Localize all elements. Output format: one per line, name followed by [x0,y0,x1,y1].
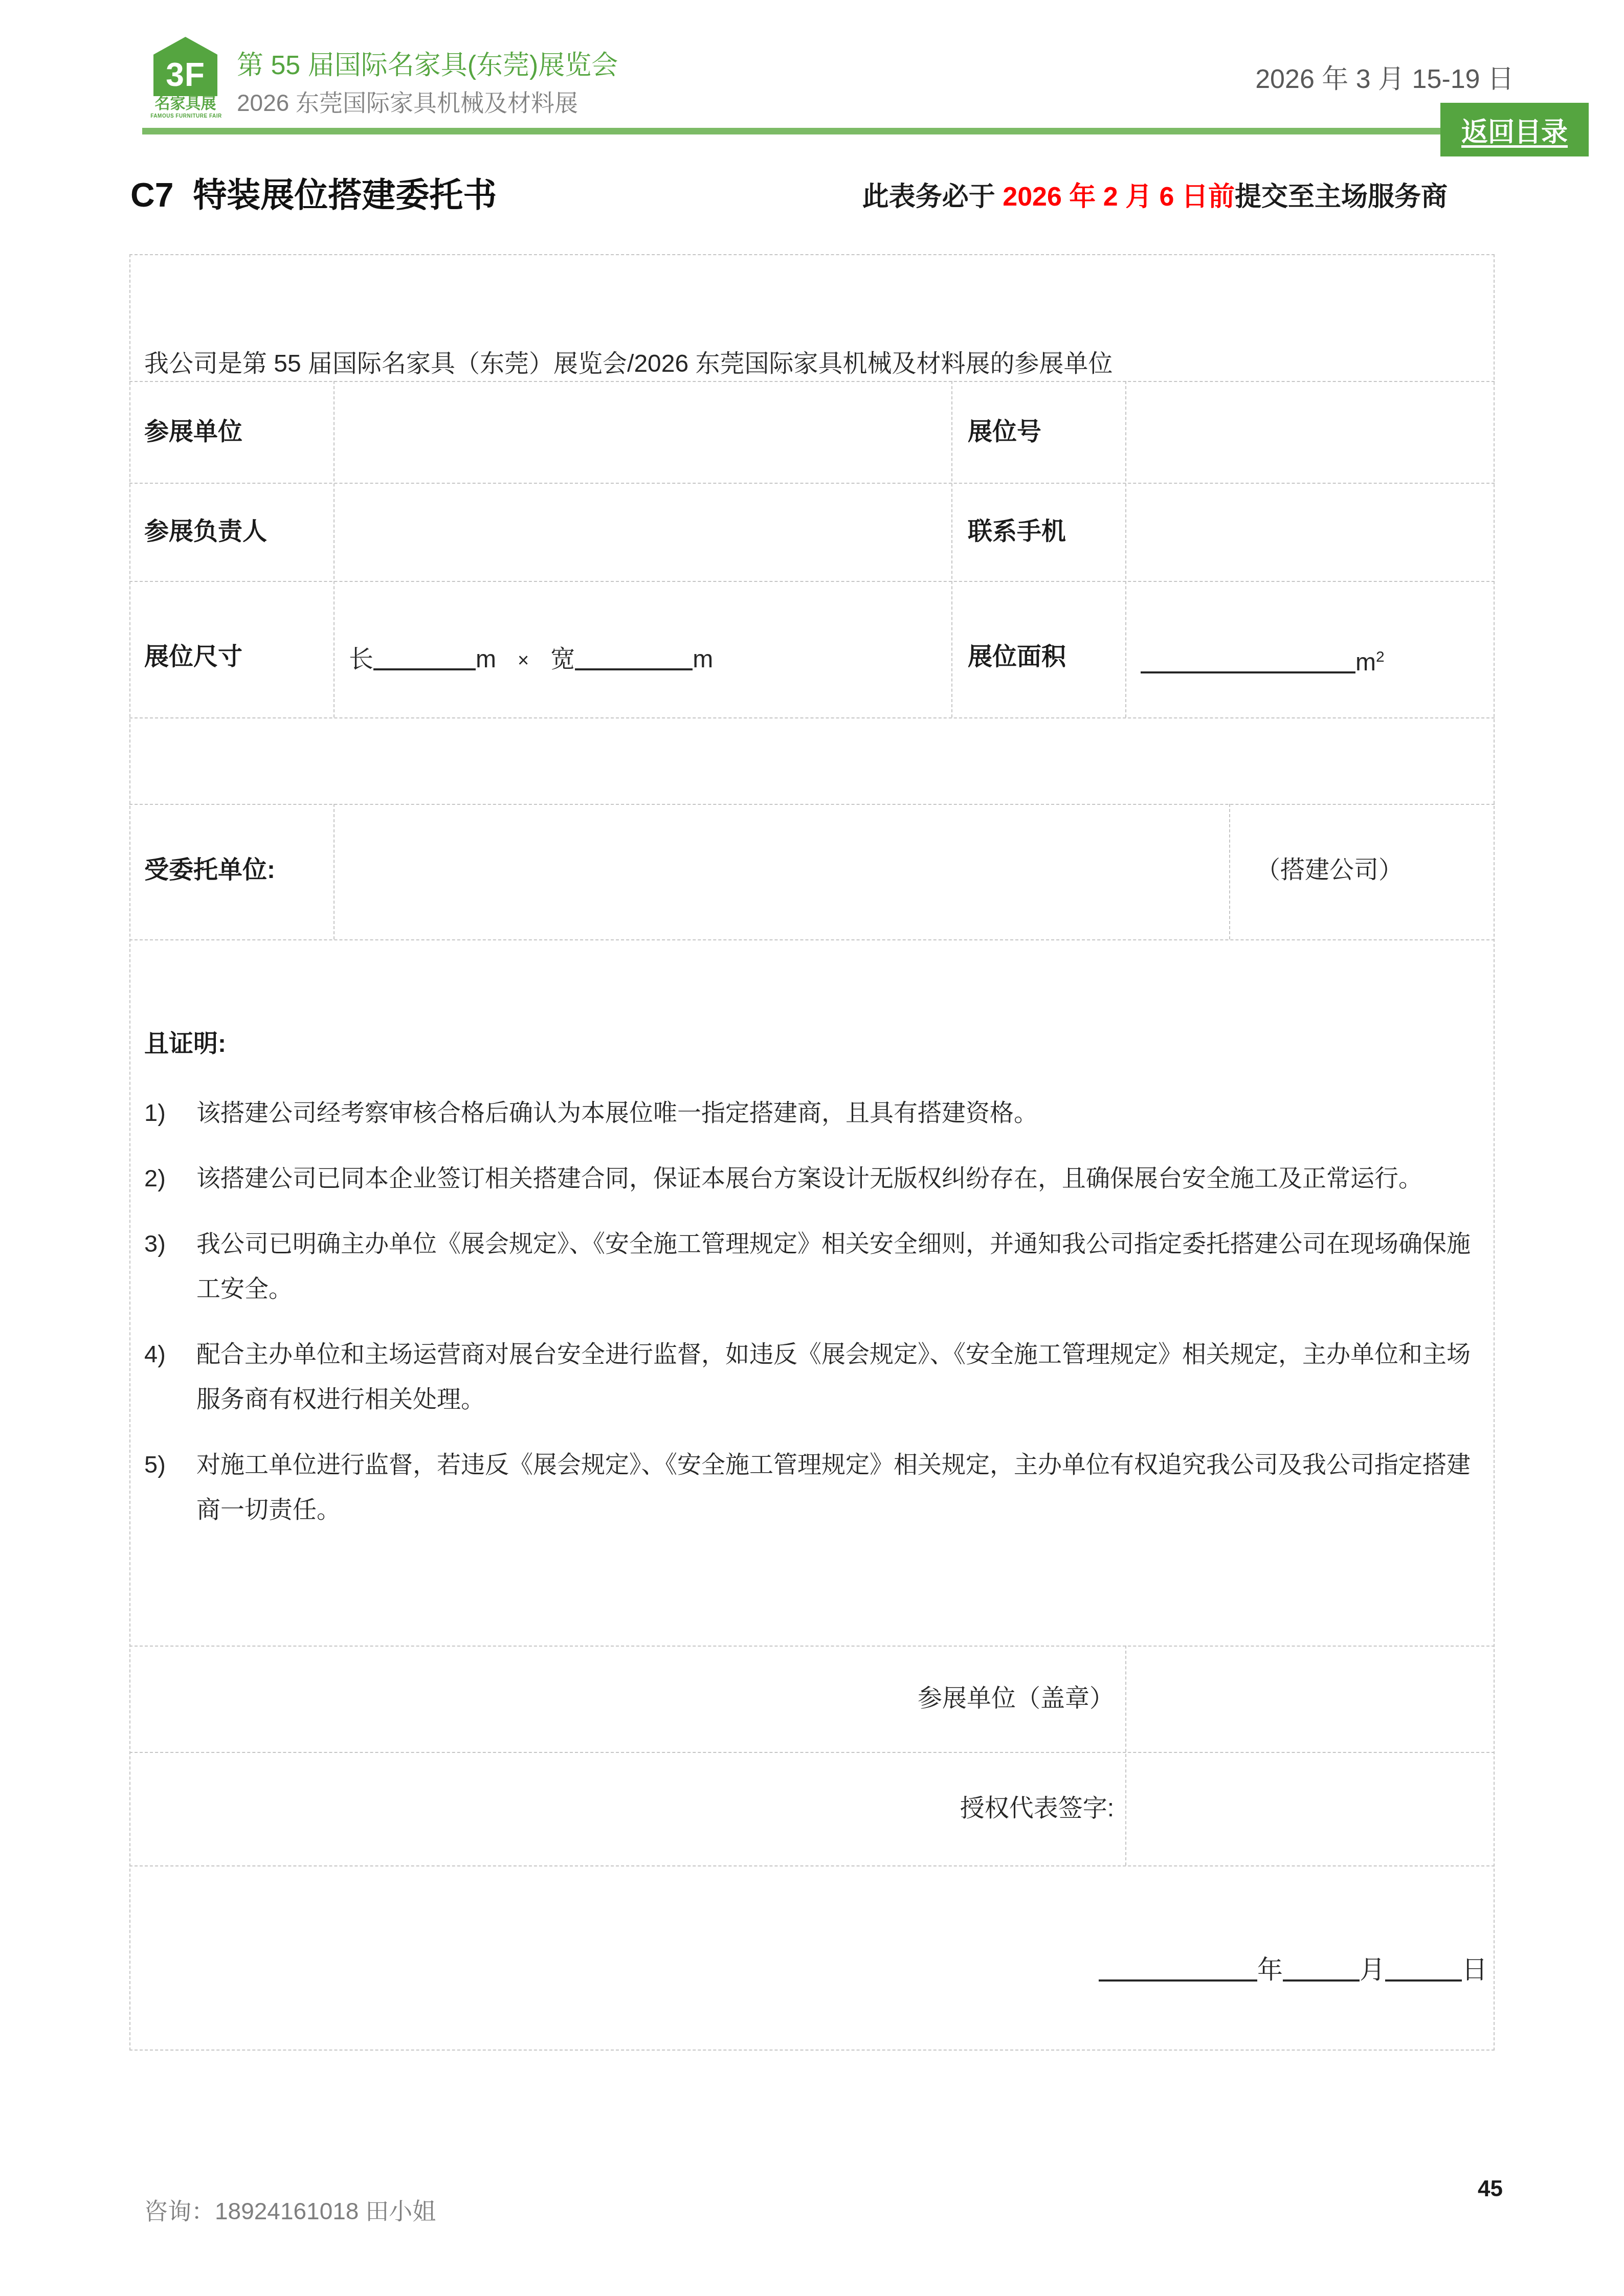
entrusted-company-note: （搭建公司） [1256,855,1403,886]
statement-item-number: 5) [144,1442,196,1532]
length-prefix: 长 [349,646,373,673]
deadline-date: 2026 年 2 月 6 日前 [1003,182,1235,212]
statement-item-text: 该搭建公司已同本企业签订相关搭建合同，保证本展台方案设计无版权纠纷存在，且确保展… [196,1156,1489,1201]
grid-hline [129,717,1495,718]
statement-item-number: 1) [144,1090,196,1135]
statement-item-number: 2) [144,1156,196,1201]
statement-list: 1) 该搭建公司经考察审核合格后确认为本展位唯一指定搭建商，且具有搭建资格。 2… [144,1090,1489,1532]
statement-item: 1) 该搭建公司经考察审核合格后确认为本展位唯一指定搭建商，且具有搭建资格。 [144,1090,1489,1135]
month-fill-slot[interactable] [1283,1955,1360,1982]
document-page: 3F 名家具展 FAMOUS FURNITURE FAIR 第 55 届国际名家… [0,0,1624,2296]
entrusted-company-label: 受委托单位: [144,855,275,886]
width-prefix: 宽 [550,646,575,673]
booth-area-label: 展位面积 [968,642,1066,672]
date-fill-line: 年月日 [1099,1949,1487,1986]
fair-logo: 3F [153,37,217,96]
grid-hline [129,939,1495,940]
width-unit: m [693,646,713,673]
grid-vline [1125,381,1126,717]
statement-item-text: 该搭建公司经考察审核合格后确认为本展位唯一指定搭建商，且具有搭建资格。 [196,1090,1489,1135]
intro-sentence: 我公司是第 55 届国际名家具（东莞）展览会/2026 东莞国际家具机械及材料展… [144,344,1113,379]
footer-contact: 咨询：18924161018 田小姐 [144,2193,436,2226]
booth-no-label: 展位号 [968,417,1041,447]
header-divider-rule [142,128,1443,134]
grid-hline [129,1646,1495,1647]
form-title-text: 特装展位搭建委托书 [193,176,497,214]
statement-item-number: 3) [144,1221,196,1311]
logo-name: 名家具展 [151,95,219,112]
deadline-notice: 此表务必于 2026 年 2 月 6 日前提交至主场服务商 [862,175,1448,213]
statement-item-text: 配合主办单位和主场运营商对展台安全进行监督，如违反《展会规定》、《安全施工管理规… [196,1332,1489,1422]
area-unit: m [1355,649,1376,676]
area-superscript: 2 [1376,648,1385,665]
day-fill-slot[interactable] [1385,1955,1462,1982]
width-fill-slot[interactable] [575,645,693,670]
multiply-sign: × [518,650,529,671]
exhibitor-label: 参展单位 [144,417,242,447]
logo-3f-mark: 3F [166,58,205,96]
statement-item: 5) 对施工单位进行监督，若违反《展会规定》、《安全施工管理规定》相关规定，主办… [144,1442,1489,1532]
contact-person-label: 参展负责人 [144,516,267,547]
form-title: C7特装展位搭建委托书 [130,168,497,216]
statement-item-number: 4) [144,1332,196,1422]
length-unit: m [476,646,496,673]
form-code: C7 [130,176,173,214]
month-label: 月 [1360,1955,1385,1984]
page-number: 45 [1478,2176,1503,2202]
year-fill-slot[interactable] [1099,1955,1257,1982]
length-fill-slot[interactable] [373,645,476,670]
booth-size-fields: 长m×宽m [349,642,713,676]
booth-size-label: 展位尺寸 [144,642,242,672]
deadline-suffix: 提交至主场服务商 [1235,182,1448,212]
deadline-prefix: 此表务必于 [862,182,1003,212]
statement-item: 4) 配合主办单位和主场运营商对展台安全进行监督，如违反《展会规定》、《安全施工… [144,1332,1489,1422]
back-to-catalog-button[interactable]: 返回目录 [1440,103,1589,156]
statement-item-text: 对施工单位进行监督，若违反《展会规定》、《安全施工管理规定》相关规定，主办单位有… [196,1442,1489,1532]
grid-hline [129,1752,1495,1753]
fair-date-range: 2026 年 3 月 15-19 日 [1255,57,1514,96]
statement-section: 且证明: 1) 该搭建公司经考察审核合格后确认为本展位唯一指定搭建商，且具有搭建… [144,1030,1489,1552]
grid-vline [333,804,335,939]
statement-item-text: 我公司已明确主办单位《展会规定》、《安全施工管理规定》相关安全细则，并通知我公司… [196,1221,1489,1311]
grid-vline [951,381,952,717]
authorized-signature-label: 授权代表签字: [129,1793,1114,1824]
grid-vline [1125,1646,1126,1865]
fair-title: 第 55 届国际名家具(东莞)展览会 [237,51,618,80]
statement-heading: 且证明: [144,1030,1489,1059]
grid-vline [333,381,335,717]
back-to-catalog-label: 返回目录 [1461,110,1568,149]
grid-vline [1229,804,1230,939]
day-label: 日 [1462,1955,1487,1984]
stamp-label: 参展单位（盖章） [129,1683,1114,1714]
fair-subtitle: 2026 东莞国际家具机械及材料展 [237,90,578,116]
area-fill-slot[interactable] [1141,648,1355,673]
booth-area-fields: m2 [1141,642,1385,678]
logo-tagline: FAMOUS FURNITURE FAIR [150,114,222,119]
phone-label: 联系手机 [968,516,1066,547]
statement-item: 3) 我公司已明确主办单位《展会规定》、《安全施工管理规定》相关安全细则，并通知… [144,1221,1489,1311]
year-label: 年 [1257,1955,1283,1984]
statement-item: 2) 该搭建公司已同本企业签订相关搭建合同，保证本展台方案设计无版权纠纷存在，且… [144,1156,1489,1201]
grid-hline [129,1865,1495,1866]
